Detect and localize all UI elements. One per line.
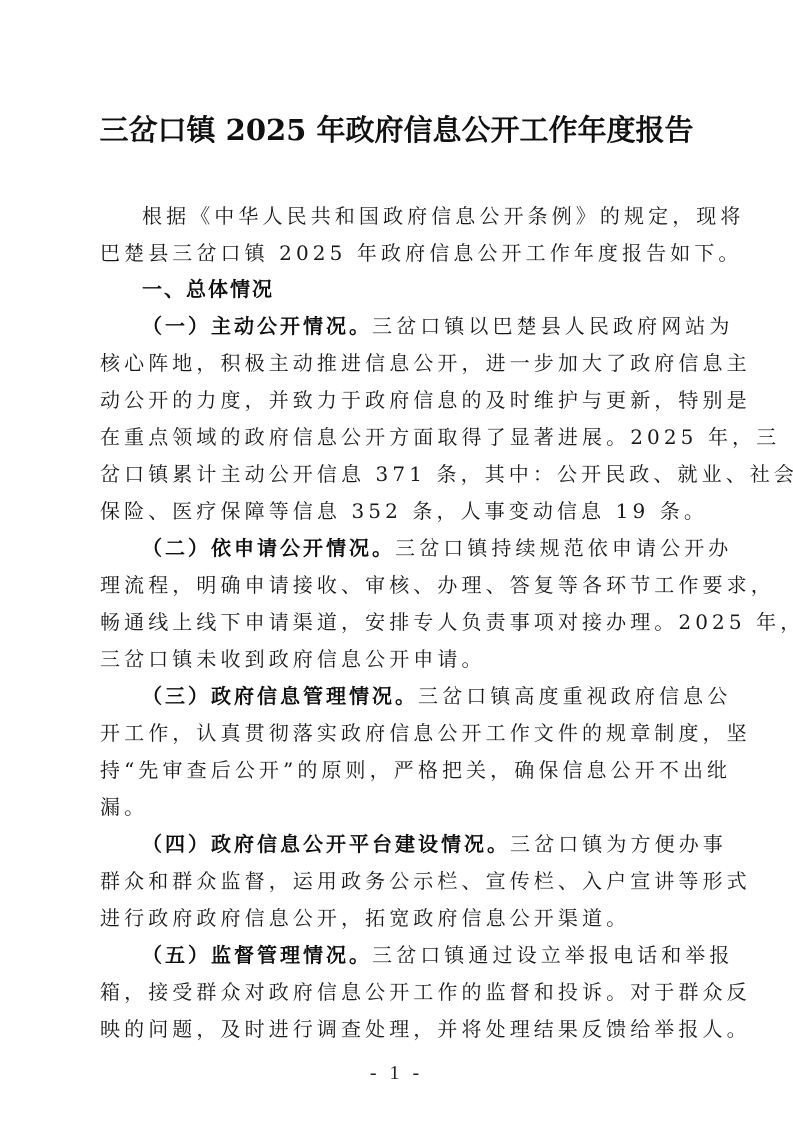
subsection-2-line: 理流程，明确申请接收、审核、办理、答复等各环节工作要求， <box>100 570 694 600</box>
subsection-2-first-line: （二）依申请公开情况。三岔口镇持续规范依申请公开办 <box>142 533 694 563</box>
subsection-2-line: 三岔口镇未收到政府信息公开申请。 <box>100 644 694 674</box>
subsection-1-line: 动公开的力度，并致力于政府信息的及时维护与更新，特别是 <box>100 385 694 415</box>
subsection-1-line: 在重点领域的政府信息公开方面取得了显著进展。2025 年，三 <box>100 422 694 452</box>
subsection-1-line: 岔口镇累计主动公开信息 371 条，其中：公开民政、就业、社会 <box>100 459 694 489</box>
subsection-5-line: 映的问题，及时进行调查处理，并将处理结果反馈给举报人。 <box>100 1014 694 1044</box>
subsection-1-line: 保险、医疗保障等信息 352 条，人事变动信息 19 条。 <box>100 496 694 526</box>
subsection-2-line: 畅通线上线下申请渠道，安排专人负责事项对接办理。2025 年， <box>100 607 694 637</box>
subsection-3-line: 开工作，认真贯彻落实政府信息公开工作文件的规章制度，坚 <box>100 718 694 748</box>
section-heading-overview: 一、总体情况 <box>142 274 274 304</box>
subsection-1-first-text: 三岔口镇以巴楚县人民政府网站为 <box>372 314 734 338</box>
subsection-3-first-text: 三岔口镇高度重视政府信息公 <box>418 684 731 708</box>
subsection-5-first-line: （五）监督管理情况。三岔口镇通过设立举报电话和举报 <box>142 940 694 970</box>
subsection-1-line: 核心阵地，积极主动推进信息公开，进一步加大了政府信息主 <box>100 348 694 378</box>
subsection-1-heading: （一）主动公开情况。 <box>142 314 372 338</box>
subsection-2-first-text: 三岔口镇持续规范依申请公开办 <box>395 536 732 560</box>
subsection-5-line: 箱，接受群众对政府信息公开工作的监督和投诉。对于群众反 <box>100 977 694 1007</box>
subsection-3-line: 漏。 <box>100 792 694 822</box>
subsection-3-line: 持“先审查后公开”的原则，严格把关，确保信息公开不出纰 <box>100 755 694 785</box>
intro-line-1: 根据《中华人民共和国政府信息公开条例》的规定，现将 <box>142 201 694 231</box>
subsection-2-heading: （二）依申请公开情况。 <box>142 536 395 560</box>
subsection-5-first-text: 三岔口镇通过设立举报电话和举报 <box>372 943 734 967</box>
subsection-4-line: 群众和群众监督，运用政务公示栏、宣传栏、入户宣讲等形式 <box>100 866 694 896</box>
subsection-3-first-line: （三）政府信息管理情况。三岔口镇高度重视政府信息公 <box>142 681 694 711</box>
subsection-1-first-line: （一）主动公开情况。三岔口镇以巴楚县人民政府网站为 <box>142 311 694 341</box>
subsection-4-first-line: （四）政府信息公开平台建设情况。三岔口镇为方便办事 <box>142 829 694 859</box>
subsection-4-heading: （四）政府信息公开平台建设情况。 <box>142 832 510 856</box>
subsection-5-heading: （五）监督管理情况。 <box>142 943 372 967</box>
document-title: 三岔口镇 2025 年政府信息公开工作年度报告 <box>0 108 793 149</box>
intro-line-2: 巴楚县三岔口镇 2025 年政府信息公开工作年度报告如下。 <box>100 238 694 268</box>
subsection-4-line: 进行政府政府信息公开，拓宽政府信息公开渠道。 <box>100 903 694 933</box>
page-number: - 1 - <box>0 1062 793 1085</box>
document-page: 三岔口镇 2025 年政府信息公开工作年度报告 根据《中华人民共和国政府信息公开… <box>0 0 793 1122</box>
subsection-3-heading: （三）政府信息管理情况。 <box>142 684 418 708</box>
subsection-4-first-text: 三岔口镇为方便办事 <box>510 832 727 856</box>
